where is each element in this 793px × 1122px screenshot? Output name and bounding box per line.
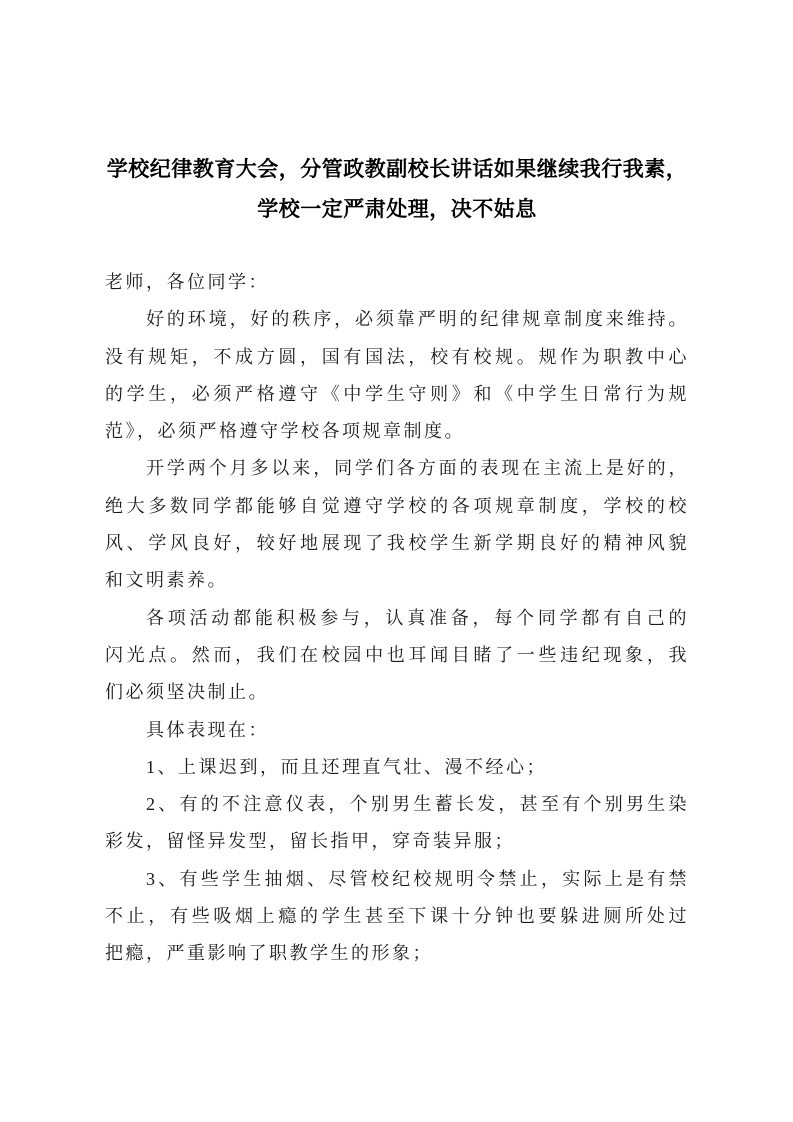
document-page: 学校纪律教育大会，分管政教副校长讲话如果继续我行我素，学校一定严肃处理，决不姑息… — [0, 0, 793, 1122]
text-line: 彩发，留怪异发型，留长指甲，穿奇装异服； — [105, 823, 689, 860]
text-line: 风、学风良好，较好地展现了我校学生新学期良好的精神风貌 — [105, 525, 689, 562]
text-line: 1、上课迟到，而且还理直气壮、漫不经心； — [105, 749, 689, 786]
text-line: 没有规矩，不成方圆，国有国法，校有校规。规作为职教中心 — [105, 339, 689, 376]
text-line: 好的环境，好的秩序，必须靠严明的纪律规章制度来维持。 — [105, 301, 689, 338]
text-line: 不止，有些吸烟上瘾的学生甚至下课十分钟也要躲进厕所处过 — [105, 898, 689, 935]
text-line: 闪光点。然而，我们在校园中也耳闻目睹了一些违纪现象，我 — [105, 637, 689, 674]
text-line: 3、有些学生抽烟、尽管校纪校规明令禁止，实际上是有禁 — [105, 861, 689, 898]
document-title-line: 学校纪律教育大会，分管政教副校长讲话如果继续我行我素， — [105, 150, 689, 190]
text-line: 绝大多数同学都能够自觉遵守学校的各项规章制度，学校的校 — [105, 488, 689, 525]
text-line: 把瘾，严重影响了职教学生的形象； — [105, 935, 689, 972]
text-line: 的学生，必须严格遵守《中学生守则》和《中学生日常行为规 — [105, 376, 689, 413]
text-line: 范》，必须严格遵守学校各项规章制度。 — [105, 413, 689, 450]
text-line: 各项活动都能积极参与，认真准备，每个同学都有自己的 — [105, 600, 689, 637]
document-title: 学校纪律教育大会，分管政教副校长讲话如果继续我行我素，学校一定严肃处理，决不姑息 — [105, 150, 689, 230]
text-line: 老师，各位同学： — [105, 264, 689, 301]
document-body: 老师，各位同学：好的环境，好的秩序，必须靠严明的纪律规章制度来维持。没有规矩，不… — [105, 264, 689, 973]
document-title-line: 学校一定严肃处理，决不姑息 — [105, 190, 689, 230]
text-line: 开学两个月多以来，同学们各方面的表现在主流上是好的， — [105, 450, 689, 487]
text-line: 们必须坚决制止。 — [105, 674, 689, 711]
text-line: 和文明素养。 — [105, 562, 689, 599]
text-line: 2、有的不注意仪表，个别男生蓄长发，甚至有个别男生染 — [105, 786, 689, 823]
text-line: 具体表现在： — [105, 712, 689, 749]
